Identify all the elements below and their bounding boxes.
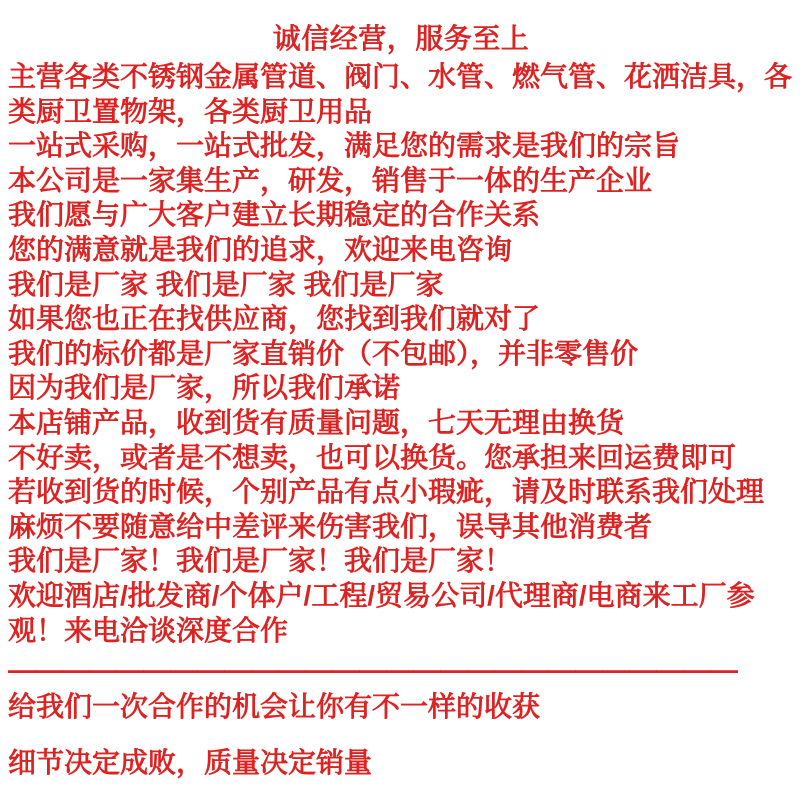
- text-line: 因为我们是厂家，所以我们承诺: [8, 371, 794, 406]
- text-line: 我们是厂家！我们是厂家！我们是厂家！: [8, 544, 794, 579]
- divider-line: ———————————————————————————: [8, 653, 794, 687]
- text-line: 您的满意就是我们的追求，欢迎来电咨询: [8, 233, 794, 268]
- slogan-line: 给我们一次合作的机会让你有不一样的收获: [8, 690, 794, 725]
- closing-line: 细节决定成败，质量决定销量: [8, 746, 794, 781]
- text-line: 若收到货的时候，个别产品有点小瑕疵，请及时联系我们处理: [8, 475, 794, 510]
- promo-text-page: 诚信经营，服务至上 主营各类不锈钢金属管道、阀门、水管、燃气管、花洒洁具，各 类…: [0, 0, 800, 800]
- text-line: 不好卖，或者是不想卖，也可以换货。您承担来回运费即可: [8, 441, 794, 476]
- text-line: 观！来电洽谈深度合作: [8, 614, 794, 649]
- text-line: 如果您也正在找供应商，您找到我们就对了: [8, 302, 794, 337]
- text-line: 本店铺产品，收到货有质量问题，七天无理由换货: [8, 406, 794, 441]
- text-line: 本公司是一家集生产，研发，销售于一体的生产企业: [8, 164, 794, 199]
- text-line: 欢迎酒店/批发商/个体户/工程/贸易公司/代理商/电商来工厂参: [8, 579, 794, 614]
- page-title: 诚信经营，服务至上: [8, 22, 794, 56]
- text-line: 我们愿与广大客户建立长期稳定的合作关系: [8, 198, 794, 233]
- text-line: 麻烦不要随意给中差评来伤害我们，误导其他消费者: [8, 510, 794, 545]
- text-line: 我们是厂家 我们是厂家 我们是厂家: [8, 268, 794, 303]
- text-line: 一站式采购，一站式批发，满足您的需求是我们的宗旨: [8, 129, 794, 164]
- text-line: 主营各类不锈钢金属管道、阀门、水管、燃气管、花洒洁具，各: [8, 60, 794, 95]
- text-line: 我们的标价都是厂家直销价（不包邮），并非零售价: [8, 337, 794, 372]
- text-line: 类厨卫置物架，各类厨卫用品: [8, 95, 794, 130]
